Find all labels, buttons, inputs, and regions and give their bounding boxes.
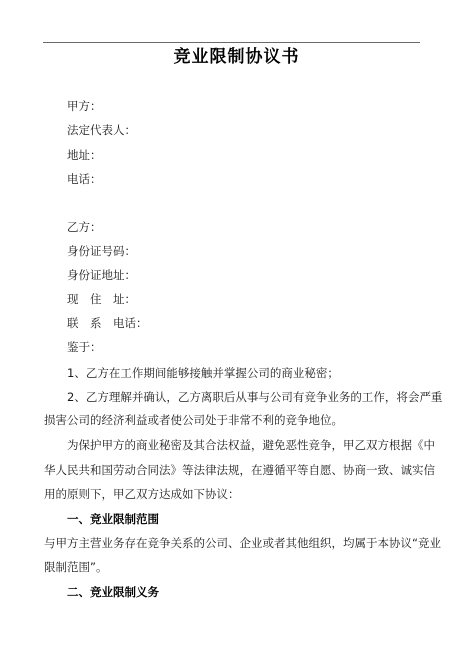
party-a-address-label: 地址： xyxy=(67,148,102,162)
preamble-line-3: 用的原则下，甲乙双方达成如下协议： xyxy=(44,487,240,501)
header-rule xyxy=(43,42,420,43)
party-b-id-number-label: 身份证号码： xyxy=(67,244,136,258)
document-title: 竞业限制协议书 xyxy=(0,46,463,68)
party-a-legal-rep-label: 法定代表人： xyxy=(67,123,136,137)
preamble-line-2: 华人民共和国劳动合同法》等法律法规，在遵循平等自愿、协商一致、诚实信 xyxy=(44,463,435,477)
party-b-current-address-label: 现 住 址： xyxy=(67,292,136,306)
section-1-line-2: 限制范围”。 xyxy=(44,560,107,574)
section-1-heading: 一、竞业限制范围 xyxy=(67,512,159,526)
section-2-heading: 二、竞业限制义务 xyxy=(67,585,159,599)
whereas-item-2-line-2: 损害公司的经济利益或者使公司处于非常不利的竞争地位。 xyxy=(44,413,343,427)
whereas-label: 鉴于： xyxy=(67,340,102,354)
party-b-contact-phone-label: 联 系 电话： xyxy=(67,316,148,330)
preamble-line-1: 为保护甲方的商业秘密及其合法权益，避免恶性竞争，甲乙双方根据《中 xyxy=(67,438,435,452)
party-b-label: 乙方： xyxy=(67,220,102,234)
document-page: 竞业限制协议书 甲方： 法定代表人： 地址： 电话： 乙方： 身份证号码： 身份… xyxy=(0,0,463,655)
party-b-id-address-label: 身份证地址： xyxy=(67,268,136,282)
section-1-line-1: 与甲方主营业务存在竞争关系的公司、企业或者其他组织，均属于本协议“竞业 xyxy=(44,536,441,550)
whereas-item-2-line-1: 2、乙方理解并确认，乙方离职后从事与公司有竞争业务的工作，将会严重 xyxy=(67,390,442,404)
party-a-phone-label: 电话： xyxy=(67,172,102,186)
whereas-item-1: 1、乙方在工作期间能够接触并掌握公司的商业秘密； xyxy=(67,366,339,380)
party-a-label: 甲方： xyxy=(67,99,102,113)
